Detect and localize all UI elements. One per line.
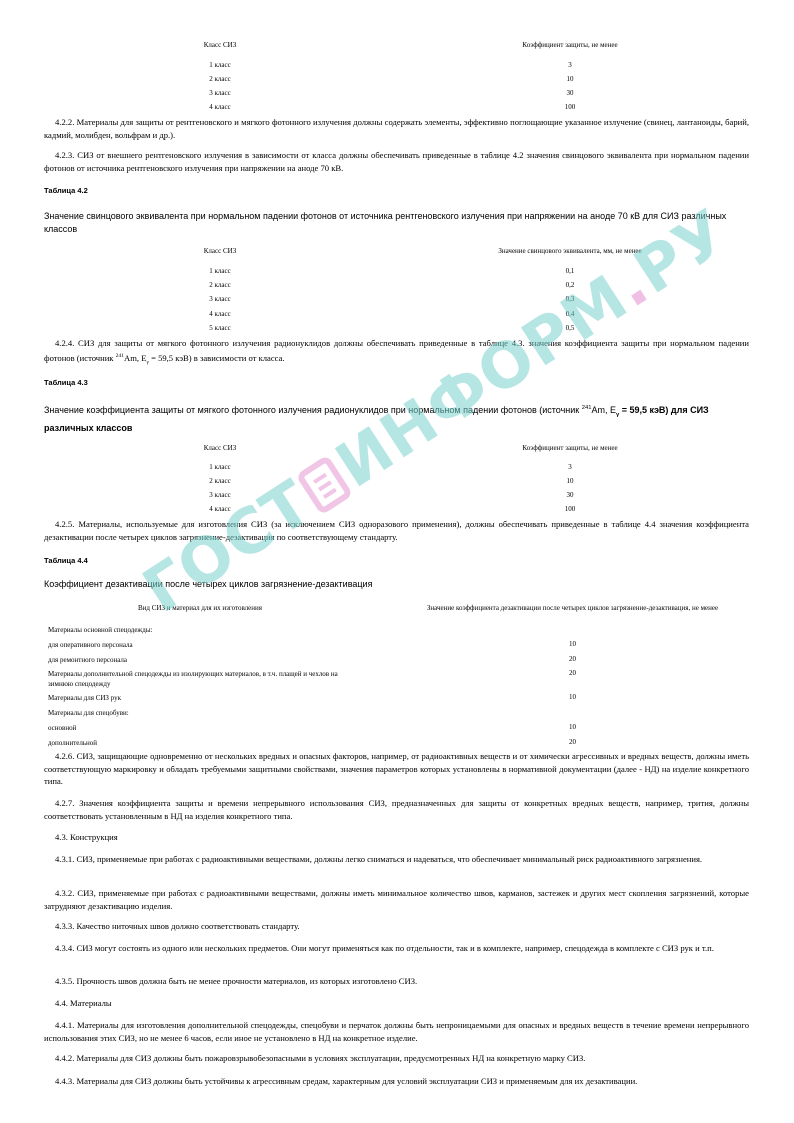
column-header: Класс СИЗ — [200, 247, 240, 255]
paragraph-4-2-6: 4.2.6. СИЗ, защищающие одновременно от н… — [44, 750, 749, 788]
table-row: 5 класс 0,5 — [0, 324, 794, 334]
cell: для ремонтного персонала — [48, 655, 398, 665]
table-row: 1 класс 3 — [0, 463, 794, 473]
cell: 1 класс — [200, 267, 240, 275]
cell: Материалы дополнительной спецодежды из и… — [48, 669, 358, 689]
table-caption: Коэффициент дезактивации после четырех ц… — [44, 578, 754, 591]
column-header: Значение коэффициента дезактивации после… — [400, 604, 745, 612]
paragraph-4-4-2: 4.4.2. Материалы для СИЗ должны быть пож… — [44, 1052, 749, 1065]
cell: Материалы для СИЗ рук — [48, 693, 398, 703]
table-caption: Значение свинцового эквивалента при норм… — [44, 210, 754, 236]
paragraph-4-3-4: 4.3.4. СИЗ могут состоять из одного или … — [44, 942, 749, 955]
cell: 10 — [560, 640, 585, 648]
watermark-text: ГОСТ — [130, 466, 324, 627]
table-label: Таблица 4.3 — [44, 378, 88, 387]
paragraph-4-2-3: 4.2.3. СИЗ от внешнего рентгеновского из… — [44, 149, 749, 174]
cell: 0,1 — [470, 267, 670, 275]
cell: 3 класс — [200, 89, 240, 97]
cell: 20 — [560, 738, 585, 746]
column-header: Коэффициент защиты, не менее — [470, 41, 670, 49]
table-row: 4 класс 100 — [0, 505, 794, 515]
text: Значение коэффициента защиты от мягкого … — [44, 405, 582, 415]
cell: Материалы основной спецодежды: — [48, 625, 398, 635]
superscript: 241 — [582, 405, 592, 411]
table-label: Таблица 4.4 — [44, 556, 88, 565]
paragraph-4-3-3: 4.3.3. Качество ниточных швов должно соо… — [44, 920, 749, 933]
paragraph-4-4-3: 4.4.3. Материалы для СИЗ должны быть уст… — [44, 1075, 749, 1088]
cell: 10 — [470, 75, 670, 83]
section-heading-4-4: 4.4. Материалы — [44, 997, 749, 1010]
cell: 2 класс — [200, 75, 240, 83]
table-row: 2 класс 0,2 — [0, 281, 794, 291]
cell: 3 класс — [200, 491, 240, 499]
table-row: 1 класс 0,1 — [0, 267, 794, 277]
cell: 3 — [470, 61, 670, 69]
paragraph-4-3-2: 4.3.2. СИЗ, применяемые при работах с ра… — [44, 887, 749, 912]
superscript: 241 — [116, 353, 124, 359]
text: Am, E — [592, 405, 617, 415]
column-header: Класс СИЗ — [200, 444, 240, 452]
cell: 4 класс — [200, 505, 240, 513]
cell: 0,3 — [470, 295, 670, 303]
table-label: Таблица 4.2 — [44, 186, 88, 195]
table-row: 3 класс 30 — [0, 491, 794, 501]
cell: 1 класс — [200, 463, 240, 471]
table-header: Класс СИЗ Коэффициент защиты, не менее — [0, 41, 794, 51]
table-row: 3 класс 0,3 — [0, 295, 794, 305]
cell: 30 — [470, 89, 670, 97]
column-header: Коэффициент защиты, не менее — [470, 444, 670, 452]
paragraph-4-3-5: 4.3.5. Прочность швов должна быть не мен… — [44, 975, 749, 988]
cell: 3 — [470, 463, 670, 471]
paragraph-4-2-5: 4.2.5. Материалы, используемые для изгот… — [44, 518, 749, 543]
cell: 10 — [560, 693, 585, 701]
cell: 100 — [470, 103, 670, 111]
cell: 4 класс — [200, 103, 240, 111]
cell: 3 класс — [200, 295, 240, 303]
cell: 2 класс — [200, 281, 240, 289]
column-header: Вид СИЗ и материал для их изготовления — [60, 604, 340, 612]
text: Am, E — [124, 352, 146, 362]
cell: 0,2 — [470, 281, 670, 289]
paragraph-4-3-1: 4.3.1. СИЗ, применяемые при работах с ра… — [44, 853, 749, 866]
cell: для оперативного персонала — [48, 640, 398, 650]
table-caption: Значение коэффициента защиты от мягкого … — [44, 402, 754, 435]
table-row: 4 класс 0,4 — [0, 310, 794, 320]
column-header: Класс СИЗ — [200, 41, 240, 49]
table-row: 1 класс 3 — [0, 61, 794, 71]
cell: 20 — [560, 655, 585, 663]
cell: 1 класс — [200, 61, 240, 69]
cell: 4 класс — [200, 310, 240, 318]
text: = 59,5 кэВ) в зависимости от класса. — [149, 352, 285, 362]
cell: 5 класс — [200, 324, 240, 332]
cell: основной — [48, 723, 398, 733]
table-row: 2 класс 10 — [0, 477, 794, 487]
paragraph-4-4-1: 4.4.1. Материалы для изготовления дополн… — [44, 1019, 749, 1044]
cell: дополнительной — [48, 738, 398, 748]
table-header: Класс СИЗ Значение свинцового эквивалент… — [0, 247, 794, 257]
cell: 0,4 — [470, 310, 670, 318]
cell: 2 класс — [200, 477, 240, 485]
table-row: 3 класс 30 — [0, 89, 794, 99]
cell: 20 — [560, 669, 585, 677]
table-row: 2 класс 10 — [0, 75, 794, 85]
cell: 10 — [470, 477, 670, 485]
table-header: Класс СИЗ Коэффициент защиты, не менее — [0, 444, 794, 454]
section-heading-4-3: 4.3. Конструкция — [44, 831, 749, 844]
cell: 100 — [470, 505, 670, 513]
cell: Материалы для спецобуви: — [48, 708, 398, 718]
cell: 30 — [470, 491, 670, 499]
column-header: Значение свинцового эквивалента, мм, не … — [460, 247, 680, 255]
paragraph-4-2-4: 4.2.4. СИЗ для защиты от мягкого фотонно… — [44, 337, 749, 369]
table-row: 4 класс 100 — [0, 103, 794, 113]
paragraph-4-2-7: 4.2.7. Значения коэффициента защиты и вр… — [44, 797, 749, 822]
cell: 0,5 — [470, 324, 670, 332]
paragraph-4-2-2: 4.2.2. Материалы для защиты от рентгенов… — [44, 116, 749, 141]
document-page: Класс СИЗ Коэффициент защиты, не менее 1… — [0, 0, 794, 1123]
cell: 10 — [560, 723, 585, 731]
